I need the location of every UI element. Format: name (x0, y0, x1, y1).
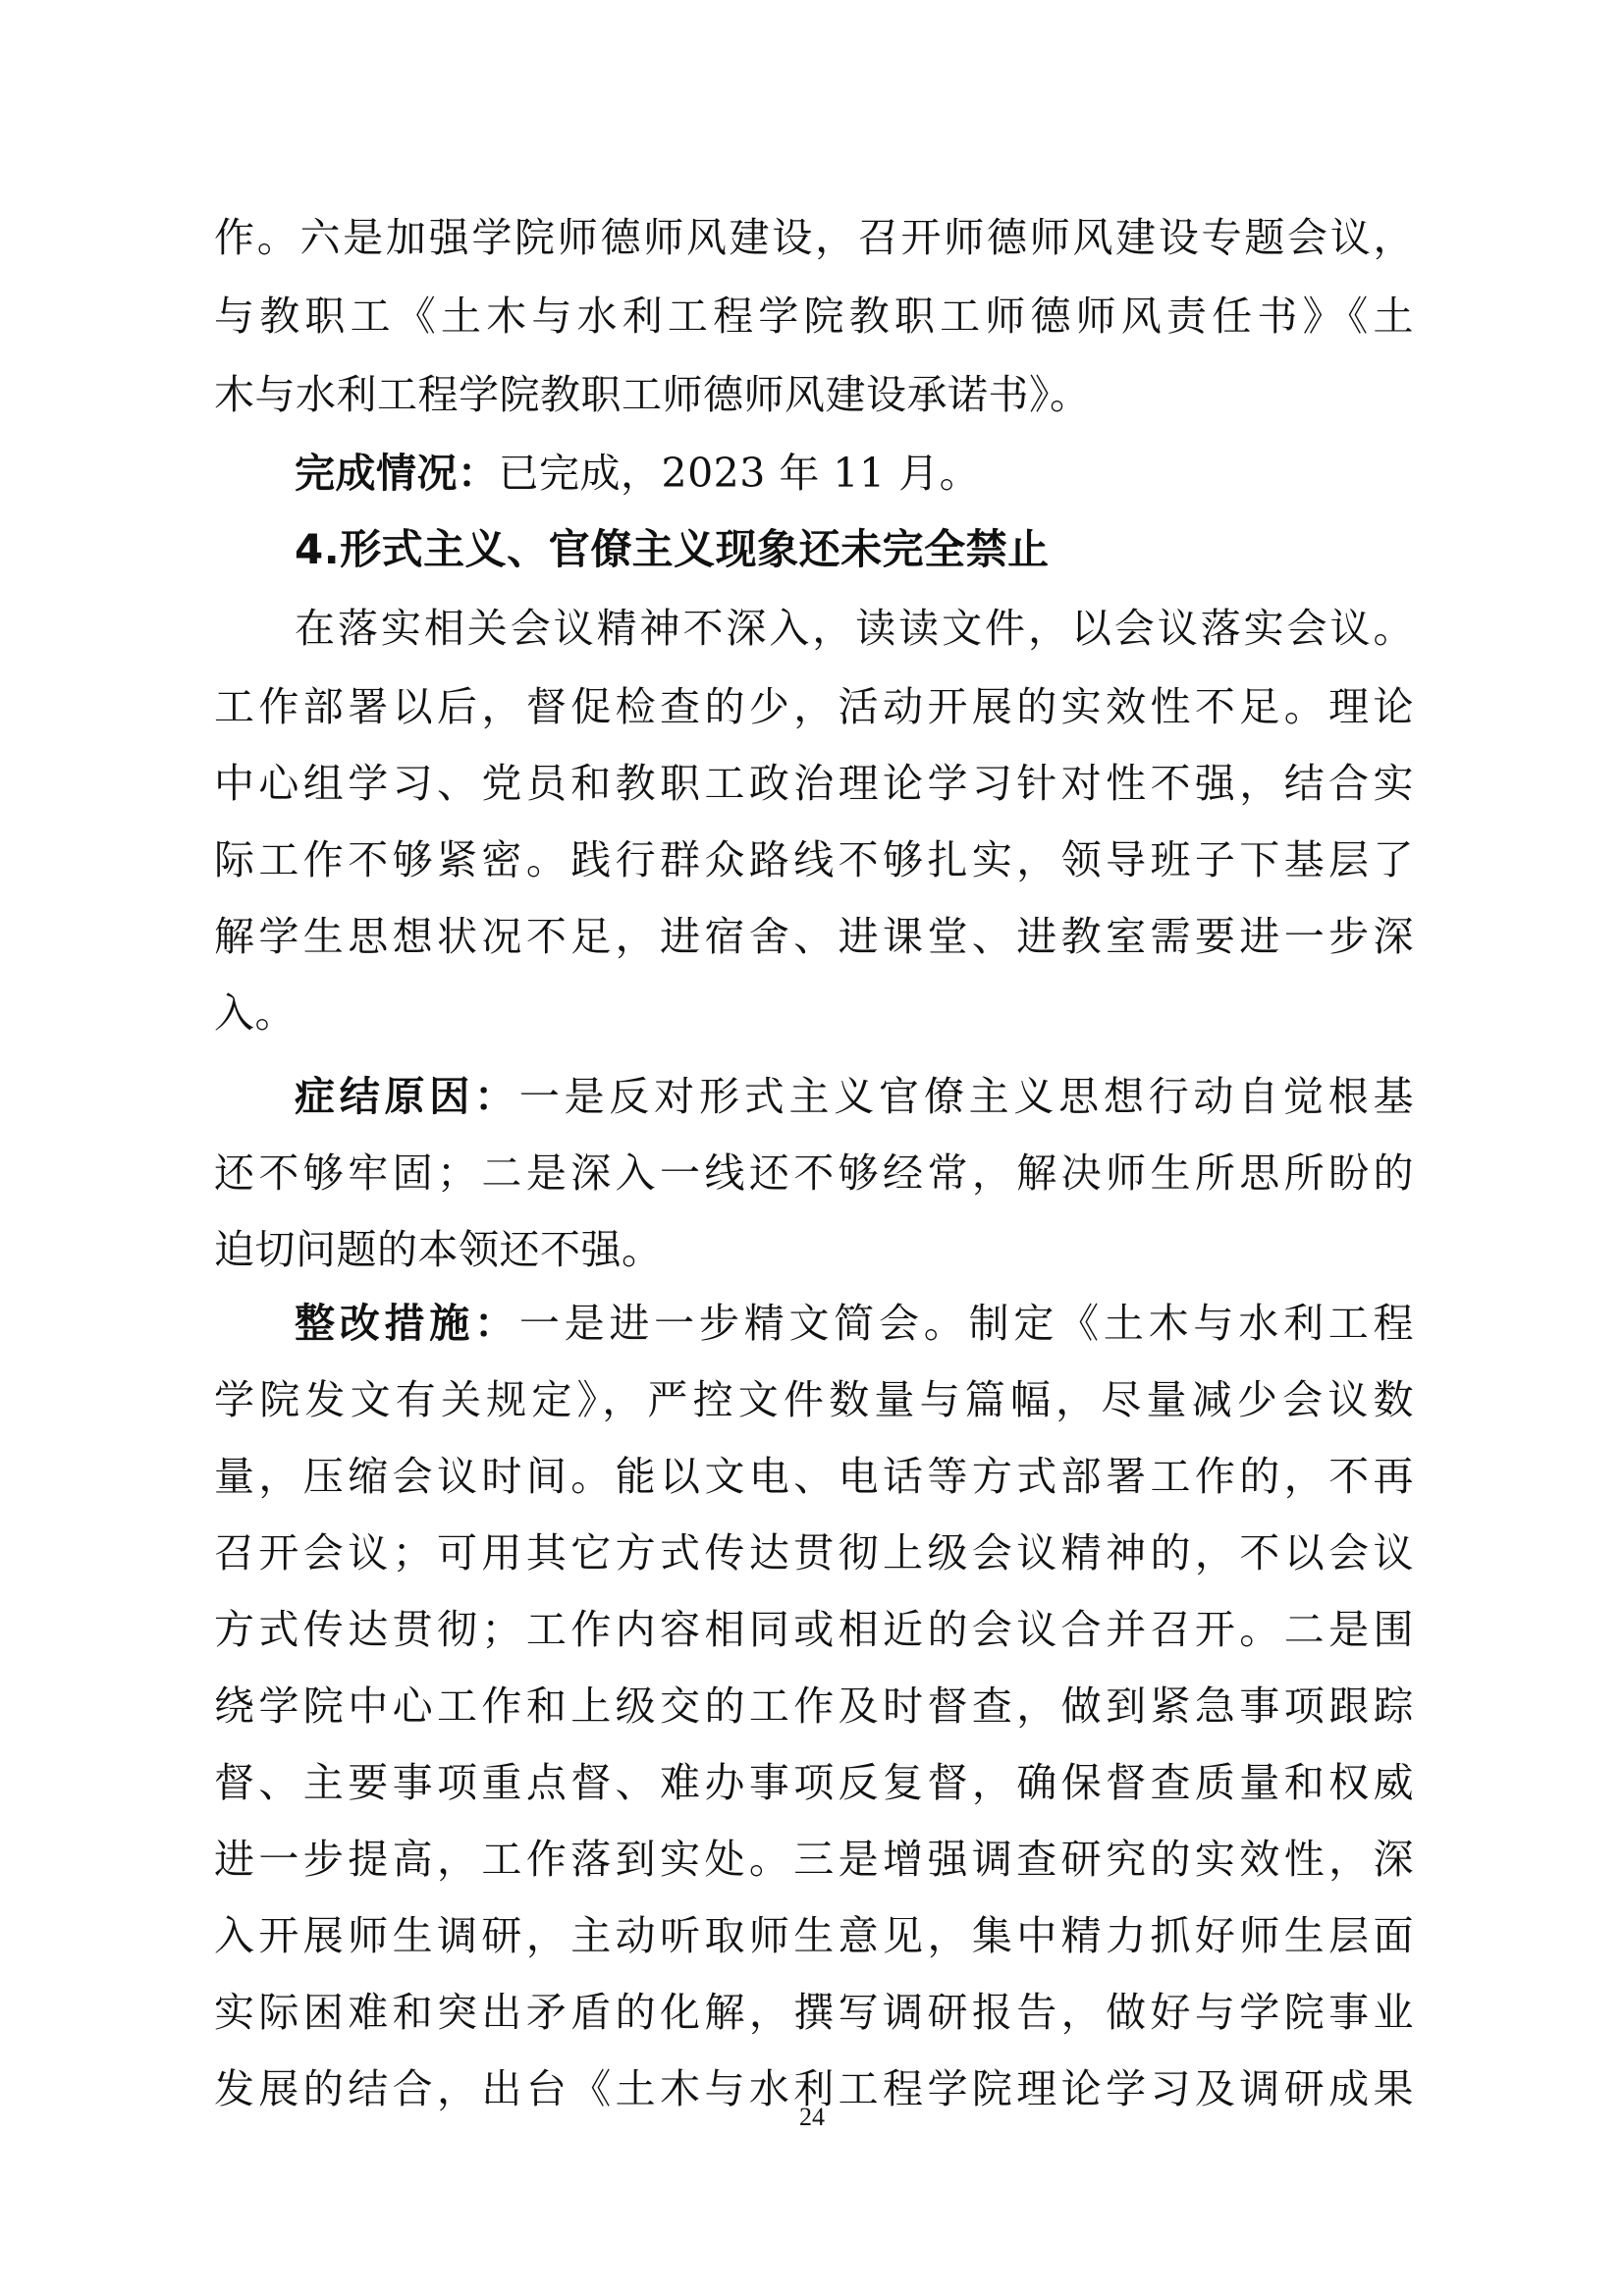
body-text-line: 进一步提高，工作落到实处。三是增强调查研究的实效性，深 (214, 1830, 1414, 1889)
section-heading: 4.形式主义、官僚主义现象还未完全禁止 (295, 520, 1414, 579)
text: 量，压缩会议时间。能以文电、电话等方式部署工作的，不再 (214, 1453, 1414, 1500)
body-text-line: 与教职工《土木与水利工程学院教职工师德师风责任书》《土 (214, 287, 1414, 346)
text: 进一步提高，工作落到实处。三是增强调查研究的实效性，深 (214, 1836, 1414, 1883)
text: 与教职工《土木与水利工程学院教职工师德师风责任书》《土 (214, 293, 1414, 340)
text: 作。六是加强学院师德师风建设，召开师德师风建设专题会议， (214, 214, 1414, 261)
body-text-line: 还不够牢固；二是深入一线还不够经常，解决师生所思所盼的 (214, 1144, 1414, 1202)
body-text-line: 在落实相关会议精神不深入，读读文件，以会议落实会议。 (295, 599, 1414, 658)
text: 方式传达贯彻；工作内容相同或相近的会议合并召开。二是围 (214, 1606, 1414, 1653)
body-text-line: 入开展师生调研，主动听取师生意见，集中精力抓好师生层面 (214, 1906, 1414, 1965)
body-text-line: 方式传达贯彻；工作内容相同或相近的会议合并召开。二是围 (214, 1600, 1414, 1659)
text: 中心组学习、党员和教职工政治理论学习针对性不强，结合实 (214, 760, 1414, 807)
text: 木与水利工程学院教职工师德师风建设承诺书》。 (214, 371, 1091, 418)
text: 督、主要事项重点督、难办事项反复督，确保督查质量和权威 (214, 1759, 1414, 1806)
rectification-measures-text: 一是进一步精文简会。制定《土木与水利工程 (519, 1300, 1414, 1347)
document-page: 作。六是加强学院师德师风建设，召开师德师风建设专题会议， 与教职工《土木与水利工… (0, 0, 1624, 2296)
text: 在落实相关会议精神不深入，读读文件，以会议落实会议。 (295, 605, 1414, 652)
text: 绕学院中心工作和上级交的工作及时督查，做到紧急事项跟踪 (214, 1682, 1414, 1730)
text: 还不够牢固；二是深入一线还不够经常，解决师生所思所盼的 (214, 1149, 1414, 1197)
text: 入开展师生调研，主动听取师生意见，集中精力抓好师生层面 (214, 1912, 1414, 1959)
root-cause-text: 一是反对形式主义官僚主义思想行动自觉根基 (519, 1073, 1414, 1120)
root-cause-label: 症结原因： (295, 1073, 519, 1120)
body-text-line: 实际困难和突出矛盾的化解，撰写调研报告，做好与学院事业 (214, 1983, 1414, 2042)
text: 工作部署以后，督促检查的少，活动开展的实效性不足。理论 (214, 683, 1414, 730)
body-text-line: 解学生思想状况不足，进宿舍、进课堂、进教室需要进一步深 (214, 907, 1414, 966)
body-text-line: 作。六是加强学院师德师风建设，召开师德师风建设专题会议， (214, 208, 1414, 267)
root-cause-line: 症结原因：一是反对形式主义官僚主义思想行动自觉根基 (295, 1067, 1414, 1126)
body-text-line: 中心组学习、党员和教职工政治理论学习针对性不强，结合实 (214, 754, 1414, 813)
text: 入。 (214, 989, 296, 1037)
completion-status-line: 完成情况：已完成，2023 年 11 月。 (295, 444, 1414, 503)
text: 实际困难和突出矛盾的化解，撰写调研报告，做好与学院事业 (214, 1989, 1414, 2036)
body-text-line: 工作部署以后，督促检查的少，活动开展的实效性不足。理论 (214, 677, 1414, 736)
rectification-measures-label: 整改措施： (295, 1300, 519, 1347)
body-text-line: 入。 (214, 984, 1414, 1042)
text: 迫切问题的本领还不强。 (214, 1226, 663, 1273)
body-text-line: 召开会议；可用其它方式传达贯彻上级会议精神的，不以会议 (214, 1523, 1414, 1582)
body-text-line: 际工作不够紧密。践行群众路线不够扎实，领导班子下基层了 (214, 830, 1414, 889)
section-heading-text: 4.形式主义、官僚主义现象还未完全禁止 (295, 525, 1050, 573)
completion-status-value: 已完成，2023 年 11 月。 (499, 450, 981, 497)
body-text-line: 量，压缩会议时间。能以文电、电话等方式部署工作的，不再 (214, 1447, 1414, 1506)
completion-status-label: 完成情况： (295, 450, 499, 497)
page-number: 24 (0, 2103, 1624, 2132)
text: 召开会议；可用其它方式传达贯彻上级会议精神的，不以会议 (214, 1529, 1414, 1576)
text: 解学生思想状况不足，进宿舍、进课堂、进教室需要进一步深 (214, 913, 1414, 960)
text: 学院发文有关规定》，严控文件数量与篇幅，尽量减少会议数 (214, 1376, 1414, 1423)
body-text-line: 学院发文有关规定》，严控文件数量与篇幅，尽量减少会议数 (214, 1370, 1414, 1429)
text: 际工作不够紧密。践行群众路线不够扎实，领导班子下基层了 (214, 836, 1414, 883)
body-text-line: 迫切问题的本领还不强。 (214, 1220, 1414, 1279)
rectification-measures-line: 整改措施：一是进一步精文简会。制定《土木与水利工程 (295, 1294, 1414, 1353)
body-text-line: 督、主要事项重点督、难办事项反复督，确保督查质量和权威 (214, 1753, 1414, 1812)
body-text-line: 绕学院中心工作和上级交的工作及时督查，做到紧急事项跟踪 (214, 1677, 1414, 1735)
body-text-line: 木与水利工程学院教职工师德师风建设承诺书》。 (214, 365, 1414, 424)
